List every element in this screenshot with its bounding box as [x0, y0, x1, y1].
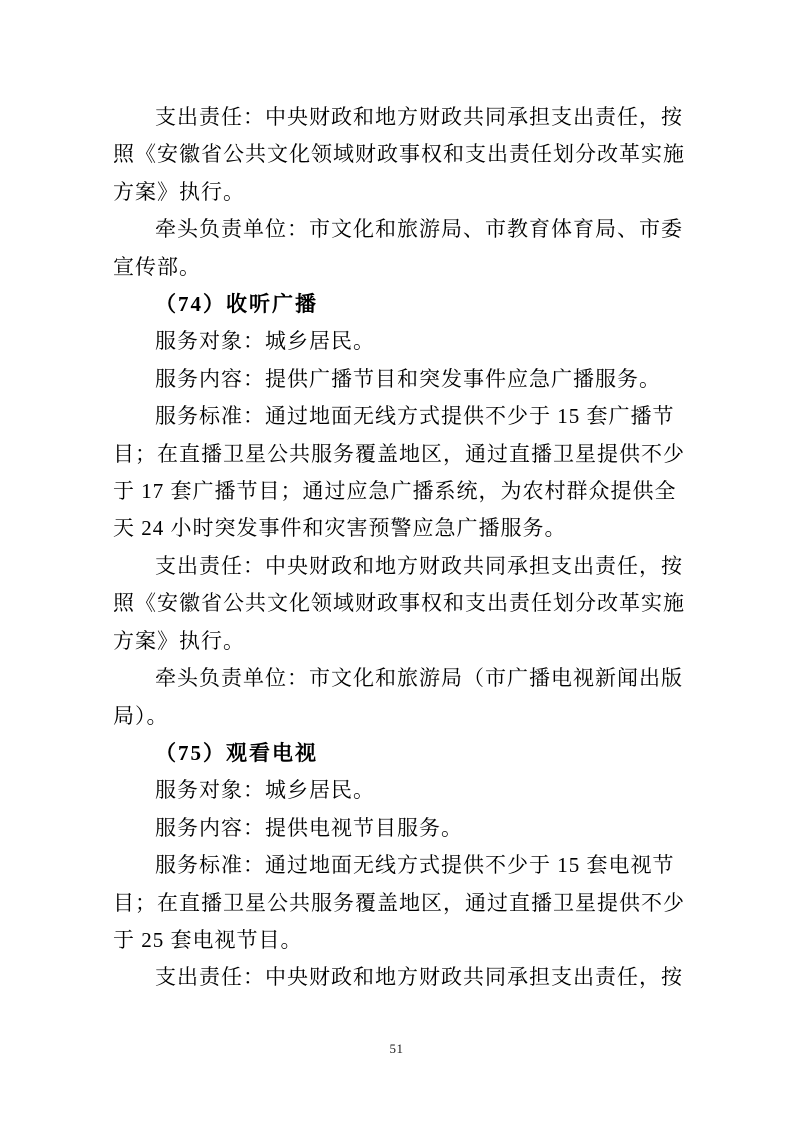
- document-page: 支出责任：中央财政和地方财政共同承担支出责任，按照《安徽省公共文化领域财政事权和…: [0, 0, 793, 1122]
- page-number: 51: [0, 1041, 793, 1057]
- prev-item-expenditure-responsibility-line-1: 支出责任：中央财政和地方财政共同承担支出责任，按: [113, 99, 687, 136]
- item-74-expenditure-responsibility: 支出责任：中央财政和地方财政共同承担支出责任，按照《安徽省公共文化领域财政事权和…: [113, 548, 687, 660]
- item-75-service-content: 服务内容：提供电视节目服务。: [113, 810, 687, 847]
- item-75-heading-line-1: （75）观看电视: [113, 735, 687, 772]
- item-74-service-content: 服务内容：提供广播节目和突发事件应急广播服务。: [113, 361, 687, 398]
- item-74-heading-line-1: （74）收听广播: [113, 286, 687, 323]
- item-75-service-target: 服务对象：城乡居民。: [113, 772, 687, 809]
- item-74-service-standard-line-3: 于 17 套广播节目；通过应急广播系统，为农村群众提供全: [113, 473, 687, 510]
- item-75-service-standard: 服务标准：通过地面无线方式提供不少于 15 套电视节目；在直播卫星公共服务覆盖地…: [113, 847, 687, 959]
- item-74-service-content-line-1: 服务内容：提供广播节目和突发事件应急广播服务。: [113, 361, 687, 398]
- item-75-expenditure-responsibility-partial: 支出责任：中央财政和地方财政共同承担支出责任，按: [113, 959, 687, 996]
- item-75-service-target-line-1: 服务对象：城乡居民。: [113, 772, 687, 809]
- prev-item-lead-unit-line-2: 宣传部。: [113, 249, 687, 286]
- item-75-heading: （75）观看电视: [113, 735, 687, 772]
- item-74-service-standard-line-2: 目；在直播卫星公共服务覆盖地区，通过直播卫星提供不少: [113, 436, 687, 473]
- item-74-service-target: 服务对象：城乡居民。: [113, 323, 687, 360]
- item-75-service-standard-line-3: 于 25 套电视节目。: [113, 922, 687, 959]
- document-body: 支出责任：中央财政和地方财政共同承担支出责任，按照《安徽省公共文化领域财政事权和…: [113, 99, 687, 997]
- item-74-lead-unit: 牵头负责单位：市文化和旅游局（市广播电视新闻出版局）。: [113, 660, 687, 735]
- item-74-lead-unit-line-1: 牵头负责单位：市文化和旅游局（市广播电视新闻出版: [113, 660, 687, 697]
- prev-item-expenditure-responsibility-line-2: 照《安徽省公共文化领域财政事权和支出责任划分改革实施: [113, 136, 687, 173]
- item-74-lead-unit-line-2: 局）。: [113, 698, 687, 735]
- prev-item-expenditure-responsibility-line-3: 方案》执行。: [113, 174, 687, 211]
- item-75-service-standard-line-2: 目；在直播卫星公共服务覆盖地区，通过直播卫星提供不少: [113, 885, 687, 922]
- item-74-service-standard: 服务标准：通过地面无线方式提供不少于 15 套广播节目；在直播卫星公共服务覆盖地…: [113, 398, 687, 548]
- item-75-service-content-line-1: 服务内容：提供电视节目服务。: [113, 810, 687, 847]
- item-75-service-standard-line-1: 服务标准：通过地面无线方式提供不少于 15 套电视节: [113, 847, 687, 884]
- item-74-expenditure-responsibility-line-3: 方案》执行。: [113, 623, 687, 660]
- prev-item-expenditure-responsibility: 支出责任：中央财政和地方财政共同承担支出责任，按照《安徽省公共文化领域财政事权和…: [113, 99, 687, 211]
- item-74-heading: （74）收听广播: [113, 286, 687, 323]
- prev-item-lead-unit: 牵头负责单位：市文化和旅游局、市教育体育局、市委宣传部。: [113, 211, 687, 286]
- item-74-service-target-line-1: 服务对象：城乡居民。: [113, 323, 687, 360]
- item-74-service-standard-line-4: 天 24 小时突发事件和灾害预警应急广播服务。: [113, 510, 687, 547]
- item-74-service-standard-line-1: 服务标准：通过地面无线方式提供不少于 15 套广播节: [113, 398, 687, 435]
- item-74-expenditure-responsibility-line-2: 照《安徽省公共文化领域财政事权和支出责任划分改革实施: [113, 585, 687, 622]
- item-75-expenditure-responsibility-partial-line-1: 支出责任：中央财政和地方财政共同承担支出责任，按: [113, 959, 687, 996]
- item-74-expenditure-responsibility-line-1: 支出责任：中央财政和地方财政共同承担支出责任，按: [113, 548, 687, 585]
- prev-item-lead-unit-line-1: 牵头负责单位：市文化和旅游局、市教育体育局、市委: [113, 211, 687, 248]
